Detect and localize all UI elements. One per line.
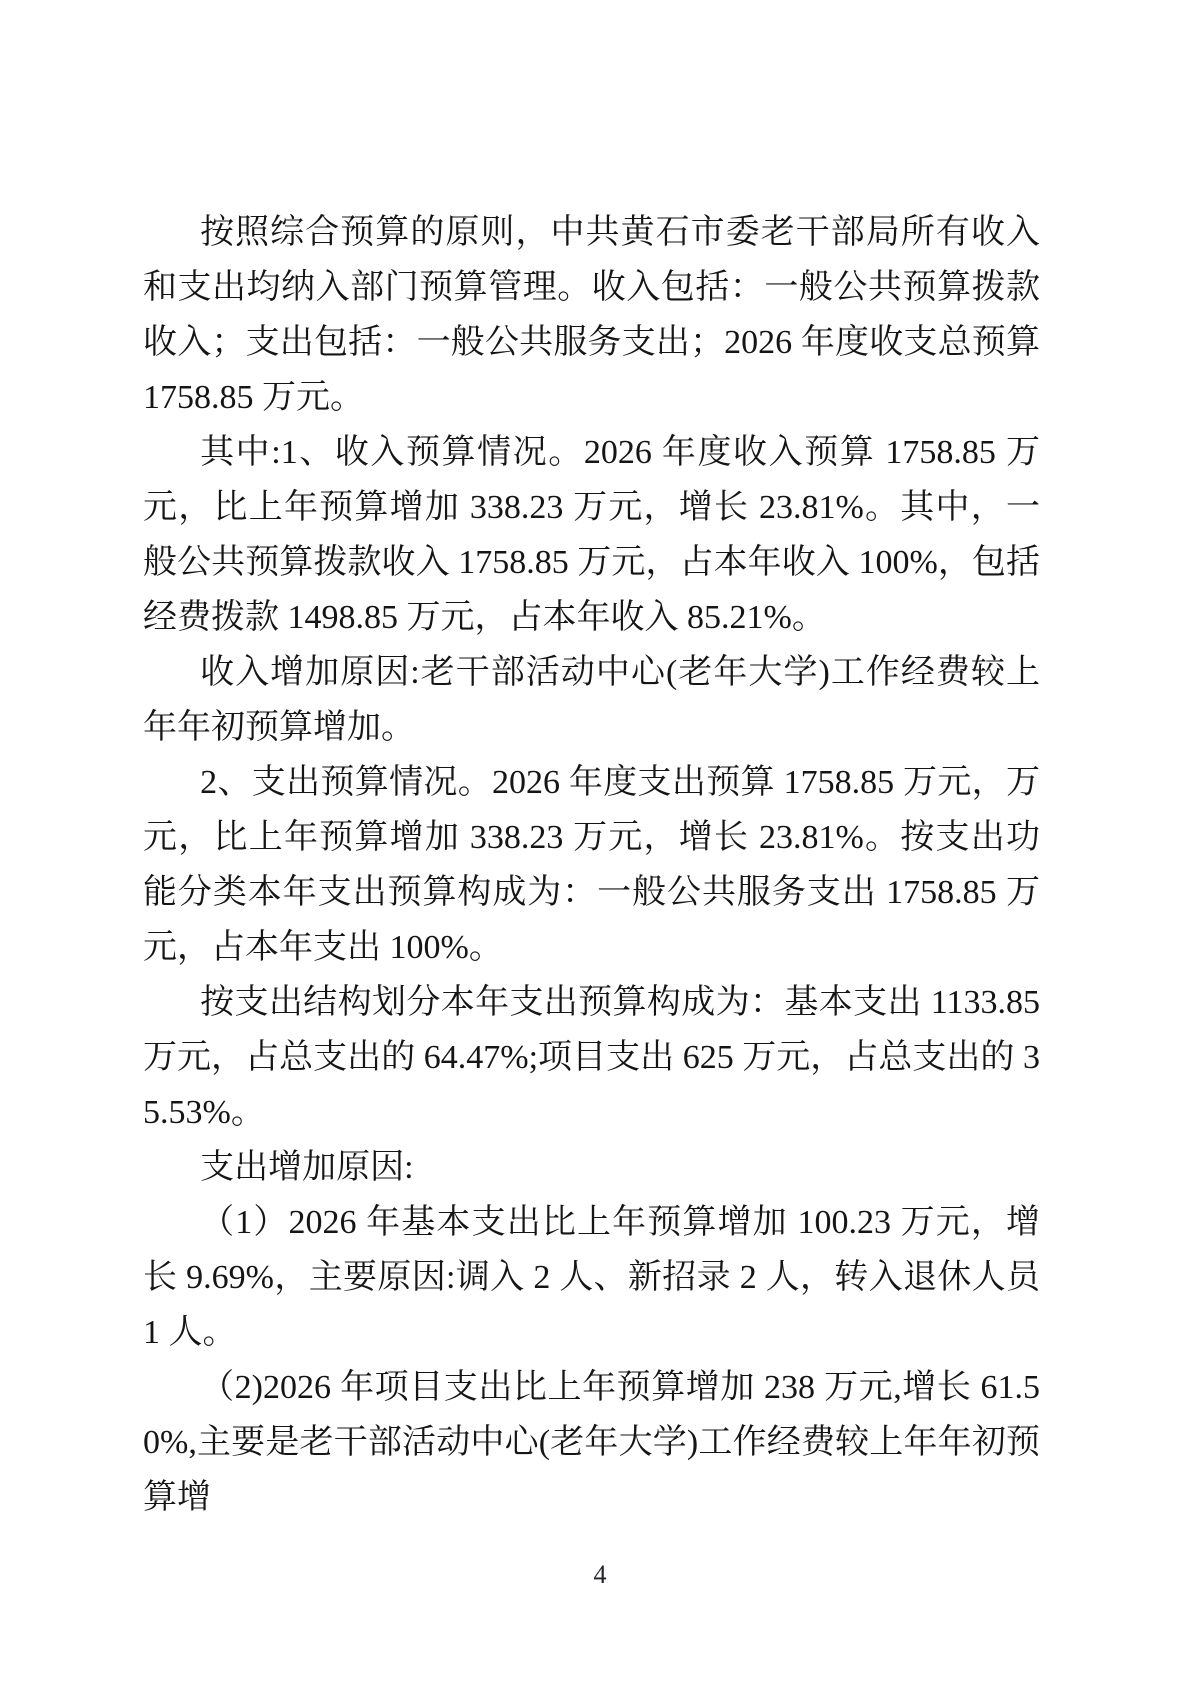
paragraph-budget-overview: 按照综合预算的原则，中共黄石市委老干部局所有收入和支出均纳入部门预算管理。收入包… [143,205,1040,425]
document-page: 按照综合预算的原则，中共黄石市委老干部局所有收入和支出均纳入部门预算管理。收入包… [0,0,1200,1697]
paragraph-income-budget: 其中:1、收入预算情况。2026 年度收入预算 1758.85 万元，比上年预算… [143,425,1040,645]
paragraph-expenditure-budget: 2、支出预算情况。2026 年度支出预算 1758.85 万元，万元，比上年预算… [143,755,1040,975]
paragraph-project-expenditure-increase: （2)2026 年项目支出比上年预算增加 238 万元,增长 61.50%,主要… [143,1360,1040,1525]
page-number: 4 [0,1558,1200,1592]
paragraph-expenditure-increase-heading: 支出增加原因: [143,1140,1040,1195]
paragraph-expenditure-structure: 按支出结构划分本年支出预算构成为：基本支出 1133.85 万元，占总支出的 6… [143,975,1040,1140]
paragraph-income-increase-reason: 收入增加原因:老干部活动中心(老年大学)工作经费较上年年初预算增加。 [143,645,1040,755]
document-text-block: 按照综合预算的原则，中共黄石市委老干部局所有收入和支出均纳入部门预算管理。收入包… [143,205,1040,1525]
paragraph-basic-expenditure-increase: （1）2026 年基本支出比上年预算增加 100.23 万元，增长 9.69%，… [143,1195,1040,1360]
